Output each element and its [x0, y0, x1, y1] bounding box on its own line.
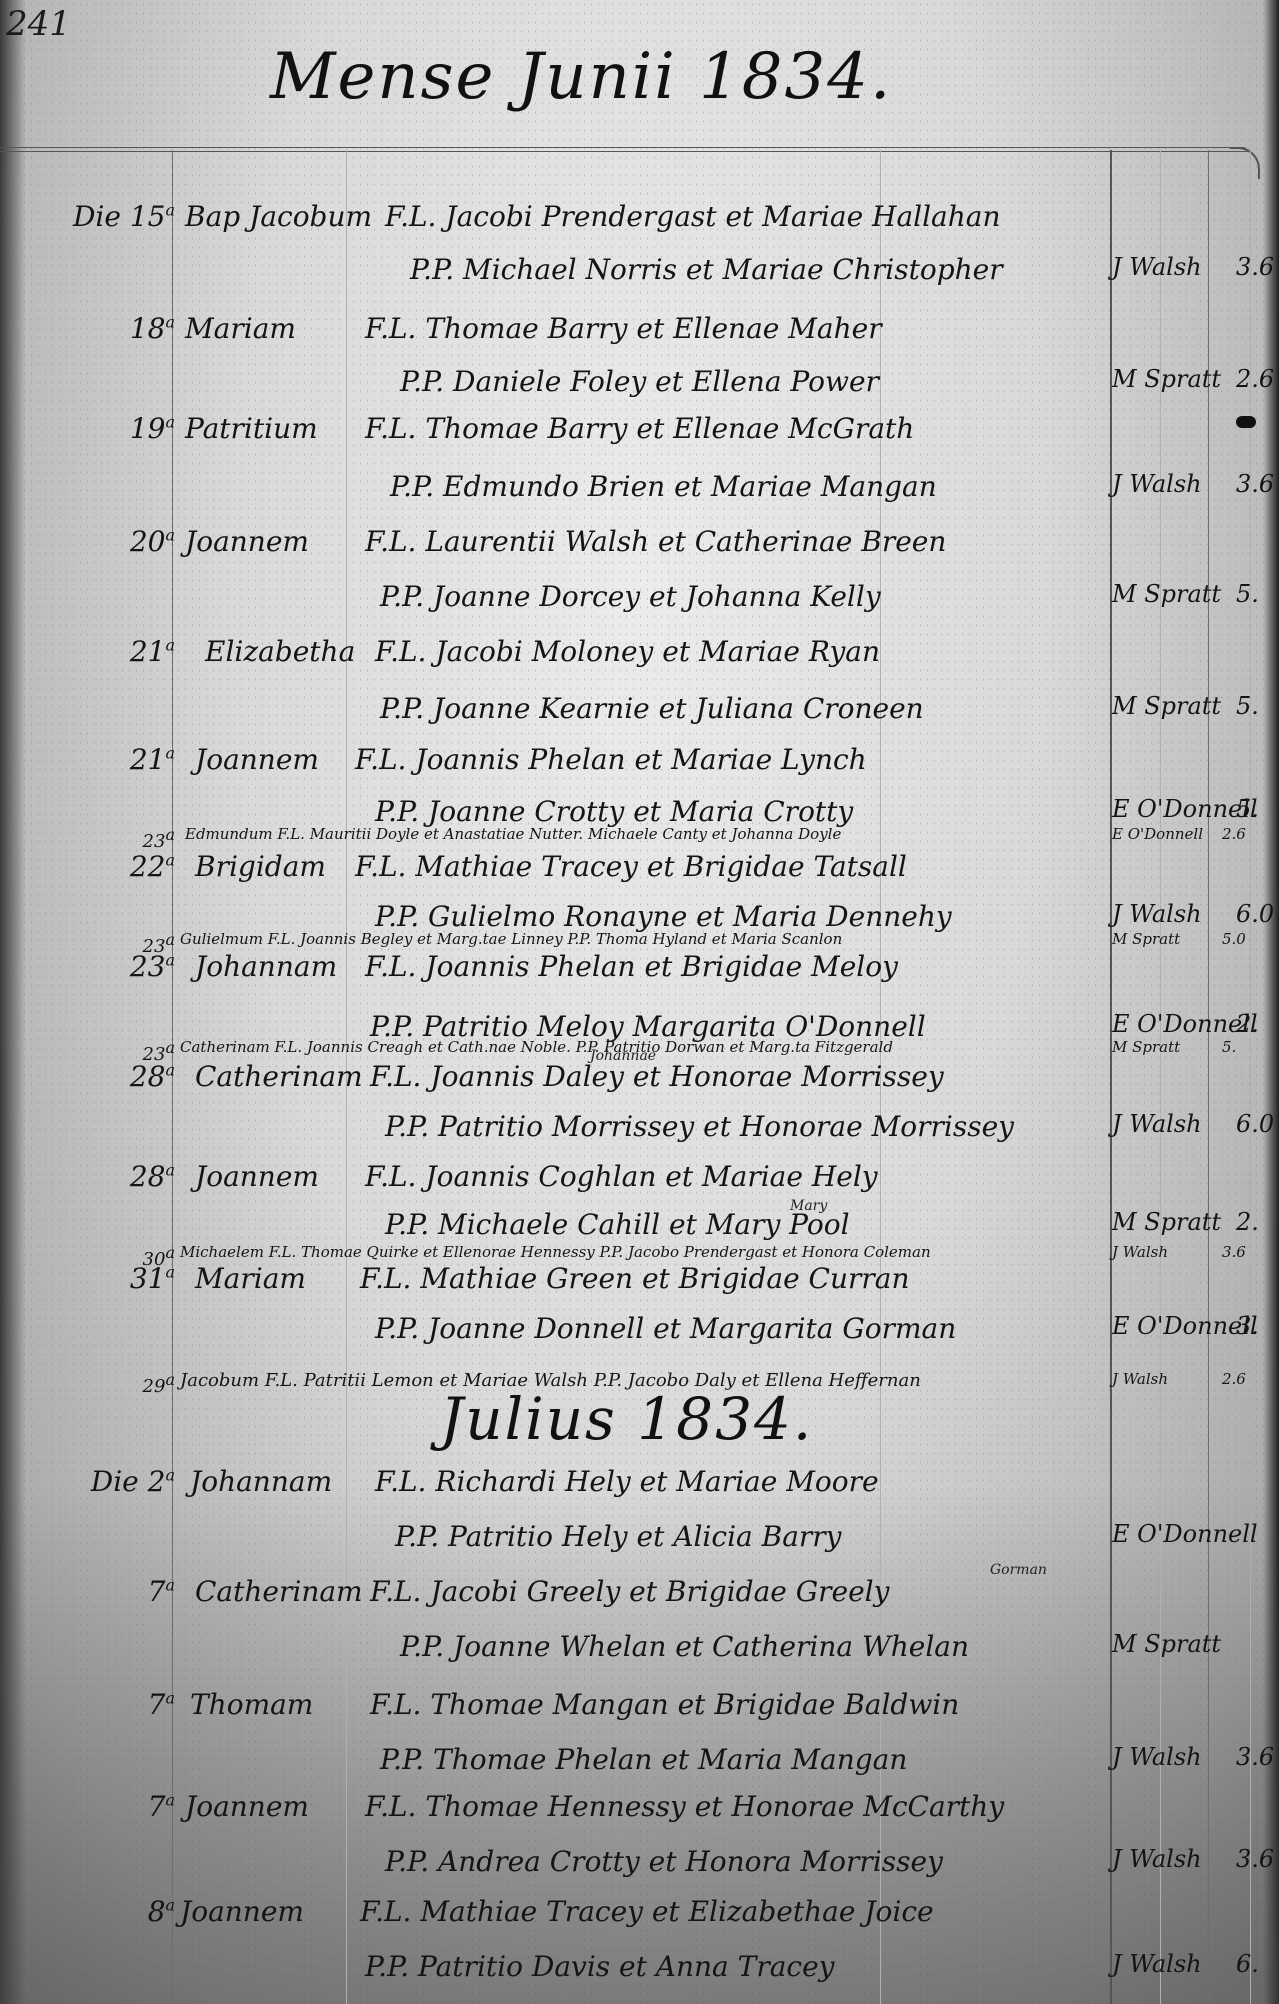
entry-row-sponsors: P.P. Edmundo Brien et Mariae Mangan J Wa… [0, 470, 1279, 510]
entry-parents: F.L. Thomae Hennessy et Honorae McCarthy [365, 1790, 1004, 1823]
entry-row-parents: 28a Catherinam F.L. Joannis Daley et Hon… [0, 1060, 1279, 1100]
entry-day: 7a [20, 1790, 175, 1823]
entry-row-parents: Die 15a Bap Jacobum F.L. Jacobi Prenderg… [0, 200, 1279, 240]
entry-day: 31a [20, 1262, 175, 1295]
entry-minister: J Walsh [1112, 900, 1202, 928]
entry-row-parents: 7a Thomam F.L. Thomae Mangan et Brigidae… [0, 1688, 1279, 1728]
entry-fee: 2. [1236, 1208, 1259, 1236]
entry-text: Edmundum F.L. Mauritii Doyle et Anastati… [185, 825, 841, 843]
entry-day: Die 2a [20, 1465, 175, 1498]
entry-row-parents: Die 2a Johannam F.L. Richardi Hely et Ma… [0, 1465, 1279, 1505]
entry-child: Mariam [195, 1262, 306, 1295]
entry-child: Joannem [185, 525, 309, 558]
entry-fee: 5.0 [1222, 930, 1246, 948]
entry-child: Mariam [185, 312, 296, 345]
entry-row-parents: 31a Mariam F.L. Mathiae Green et Brigida… [0, 1262, 1279, 1302]
entry-sponsors: P.P. Gulielmo Ronayne et Maria Dennehy [375, 900, 952, 933]
entry-row-sponsors: P.P. Patritio Morrissey et Honorae Morri… [0, 1110, 1279, 1150]
entry-child: Thomam [190, 1688, 313, 1721]
entry-row-parents: 19a Patritium F.L. Thomae Barry et Ellen… [0, 412, 1279, 452]
entry-parents: F.L. Jacobi Prendergast et Mariae Hallah… [385, 200, 1001, 233]
entry-fee: 5. [1236, 580, 1259, 608]
entry-minister: M Spratt [1112, 365, 1221, 393]
entry-fee: 3.6 [1236, 253, 1274, 281]
register-page: 241 Mense Junii 1834. Die 15a Bap Jacobu… [0, 0, 1279, 2004]
entry-sponsors: P.P. Joanne Dorcey et Johanna Kelly [380, 580, 881, 613]
entry-row-sponsors: P.P. Joanne Whelan et Catherina Whelan M… [0, 1630, 1279, 1670]
entry-day: 7a [20, 1575, 175, 1608]
entry-row-sponsors: P.P. Joanne Kearnie et Juliana Croneen M… [0, 692, 1279, 732]
entry-day: 28a [20, 1060, 175, 1093]
entry-day: 28a [20, 1160, 175, 1193]
entry-sponsors: P.P. Patritio Davis et Anna Tracey [365, 1950, 834, 1983]
entry-day: 22a [20, 850, 175, 883]
entry-row-sponsors: P.P. Patritio Hely et Alicia Barry E O'D… [0, 1520, 1279, 1560]
entry-day: 20a [20, 525, 175, 558]
entry-sponsors: P.P. Michael Norris et Mariae Christophe… [410, 253, 1003, 286]
entry-fee: 2. [1236, 1010, 1259, 1038]
entry-parents: F.L. Mathiae Tracey et Elizabethae Joice [360, 1895, 934, 1928]
entry-fee: 2.6 [1236, 365, 1274, 393]
entry-minister: E O'Donnell [1112, 1520, 1258, 1548]
entry-minister: M Spratt [1112, 580, 1221, 608]
entry-child: Joannem [180, 1895, 304, 1928]
entry-row-parents: 18a Mariam F.L. Thomae Barry et Ellenae … [0, 312, 1279, 352]
entry-child: Joannem [195, 743, 319, 776]
entry-day: 23a [20, 950, 175, 983]
entry-child: Joannem [195, 1160, 319, 1193]
entry-day: 19a [20, 412, 175, 445]
entry-parents: F.L. Jacobi Greely et Brigidae Greely [370, 1575, 889, 1608]
entry-fee: 3.6 [1236, 1743, 1274, 1771]
entry-day: 23a [20, 825, 175, 852]
entry-day: 18a [20, 312, 175, 345]
entry-child: Catherinam [195, 1575, 363, 1608]
entry-fee: 6. [1236, 1950, 1259, 1978]
entry-fee: 5. [1222, 1038, 1236, 1056]
entry-row-parents: 28a Joannem F.L. Joannis Coghlan et Mari… [0, 1160, 1279, 1200]
entry-parents: F.L. Joannis Coghlan et Mariae Hely [365, 1160, 878, 1193]
entry-day: 29a [20, 1370, 175, 1397]
entry-row-sponsors: P.P. Andrea Crotty et Honora Morrissey J… [0, 1845, 1279, 1885]
entry-day: 21a [20, 635, 175, 668]
entry-row-sponsors: P.P. Patritio Davis et Anna Tracey J Wal… [0, 1950, 1279, 1990]
entry-sponsors: P.P. Thomae Phelan et Maria Mangan [380, 1743, 907, 1776]
entry-sponsors: P.P. Andrea Crotty et Honora Morrissey [385, 1845, 943, 1878]
entry-parents: F.L. Joannis Daley et Honorae Morrissey [370, 1060, 944, 1093]
entry-fee: 2.6 [1222, 825, 1246, 843]
entry-sponsors: P.P. Patritio Hely et Alicia Barry [395, 1520, 841, 1553]
entry-child: Joannem [185, 1790, 309, 1823]
entry-row-sponsors: P.P. Daniele Foley et Ellena Power M Spr… [0, 365, 1279, 405]
entry-parents: F.L. Thomae Mangan et Brigidae Baldwin [370, 1688, 959, 1721]
entry-row-sponsors: P.P. Joanne Donnell et Margarita Gorman … [0, 1312, 1279, 1352]
entry-parents: F.L. Joannis Phelan et Mariae Lynch [355, 743, 867, 776]
entry-parents: F.L. Richardi Hely et Mariae Moore [375, 1465, 879, 1498]
entry-parents: F.L. Thomae Barry et Ellenae Maher [365, 312, 882, 345]
entry-row-parents: 22a Brigidam F.L. Mathiae Tracey et Brig… [0, 850, 1279, 890]
entry-minister: J Walsh [1112, 253, 1202, 281]
entry-sponsors: P.P. Michaele Cahill et Mary Pool [385, 1208, 850, 1241]
entry-minister: J Walsh [1112, 1845, 1202, 1873]
entry-parents: F.L. Mathiae Tracey et Brigidae Tatsall [355, 850, 907, 883]
entry-sponsors: P.P. Patritio Morrissey et Honorae Morri… [385, 1110, 1014, 1143]
entry-child: Elizabetha [205, 635, 355, 668]
entry-sponsors: P.P. Joanne Whelan et Catherina Whelan [400, 1630, 969, 1663]
entry-parents: F.L. Jacobi Moloney et Mariae Ryan [375, 635, 880, 668]
entry-minister: J Walsh [1112, 1950, 1202, 1978]
entry-sponsors: P.P. Joanne Donnell et Margarita Gorman [375, 1312, 956, 1345]
entry-row-parents: 20a Joannem F.L. Laurentii Walsh et Cath… [0, 525, 1279, 565]
entry-child: Bap Jacobum [185, 200, 372, 233]
entry-minister: J Walsh [1112, 1243, 1168, 1261]
entry-parents: F.L. Thomae Barry et Ellenae McGrath [365, 412, 914, 445]
entry-day: 7a [20, 1688, 175, 1721]
entry-fee: 3. [1236, 1312, 1259, 1340]
entry-fee: 6.0 [1236, 900, 1274, 928]
entry-child: Johannam [195, 950, 337, 983]
entry-minister: J Walsh [1112, 470, 1202, 498]
entry-day: 21a [20, 743, 175, 776]
entry-child: Catherinam [195, 1060, 363, 1093]
entry-parents: F.L. Laurentii Walsh et Catherinae Breen [365, 525, 946, 558]
entry-row-parents: 21a Joannem F.L. Joannis Phelan et Maria… [0, 743, 1279, 783]
entry-text: Catherinam F.L. Joannis Creagh et Cath.n… [180, 1038, 893, 1056]
entry-parents: F.L. Joannis Phelan et Brigidae Meloy [365, 950, 898, 983]
entry-minister: M Spratt [1112, 1038, 1180, 1056]
entry-sponsors: P.P. Edmundo Brien et Mariae Mangan [390, 470, 937, 503]
entry-minister: M Spratt [1112, 1630, 1221, 1658]
entry-sponsors: P.P. Joanne Kearnie et Juliana Croneen [380, 692, 924, 725]
entry-minister: M Spratt [1112, 692, 1221, 720]
folio-number: 241 [6, 4, 71, 44]
entry-fee: 3.6 [1236, 470, 1274, 498]
entry-row-sponsors: P.P. Michaele Cahill et Mary Pool M Spra… [0, 1208, 1279, 1248]
page-title: Mense Junii 1834. [270, 40, 892, 114]
entry-parents: F.L. Mathiae Green et Brigidae Curran [360, 1262, 910, 1295]
entry-minister: E O'Donnell [1112, 825, 1203, 843]
entry-fee: 3.6 [1222, 1243, 1246, 1261]
entry-row-sponsors: P.P. Michael Norris et Mariae Christophe… [0, 253, 1279, 293]
entry-row-parents: 21a Elizabetha F.L. Jacobi Moloney et Ma… [0, 635, 1279, 675]
entry-row-sponsors: P.P. Thomae Phelan et Maria Mangan J Wal… [0, 1743, 1279, 1783]
entry-row-parents: 23a Johannam F.L. Joannis Phelan et Brig… [0, 950, 1279, 990]
entry-child: Patritium [185, 412, 318, 445]
header-rule [0, 147, 1248, 152]
entry-minister: M Spratt [1112, 1208, 1221, 1236]
entry-minister: J Walsh [1112, 1110, 1202, 1138]
entry-minister: J Walsh [1112, 1370, 1168, 1388]
month-heading-july: Julius 1834. [440, 1385, 813, 1453]
entry-day: 8a [20, 1895, 175, 1928]
entry-minister: J Walsh [1112, 1743, 1202, 1771]
entry-fee: 2.6 [1222, 1370, 1246, 1388]
entry-row-parents: 8a Joannem F.L. Mathiae Tracey et Elizab… [0, 1895, 1279, 1935]
entry-fee: 3.6 [1236, 1845, 1274, 1873]
entry-day: Die 15a [20, 200, 175, 233]
entry-row-parents: 7a Catherinam F.L. Jacobi Greely et Brig… [0, 1575, 1279, 1615]
entry-row-parents: 7a Joannem F.L. Thomae Hennessy et Honor… [0, 1790, 1279, 1830]
entry-sponsors: P.P. Joanne Crotty et Maria Crotty [375, 795, 853, 828]
entry-text: Michaelem F.L. Thomae Quirke et Ellenora… [180, 1243, 931, 1261]
entry-child: Brigidam [195, 850, 326, 883]
entry-text: Gulielmum F.L. Joannis Begley et Marg.ta… [180, 930, 842, 948]
entry-fee: 5. [1236, 692, 1259, 720]
entry-row-sponsors: P.P. Joanne Dorcey et Johanna Kelly M Sp… [0, 580, 1279, 620]
entry-sponsors: P.P. Daniele Foley et Ellena Power [400, 365, 879, 398]
entry-minister: M Spratt [1112, 930, 1180, 948]
entry-fee: 5. [1236, 795, 1259, 823]
entry-fee: 6.0 [1236, 1110, 1274, 1138]
entry-child: Johannam [190, 1465, 332, 1498]
